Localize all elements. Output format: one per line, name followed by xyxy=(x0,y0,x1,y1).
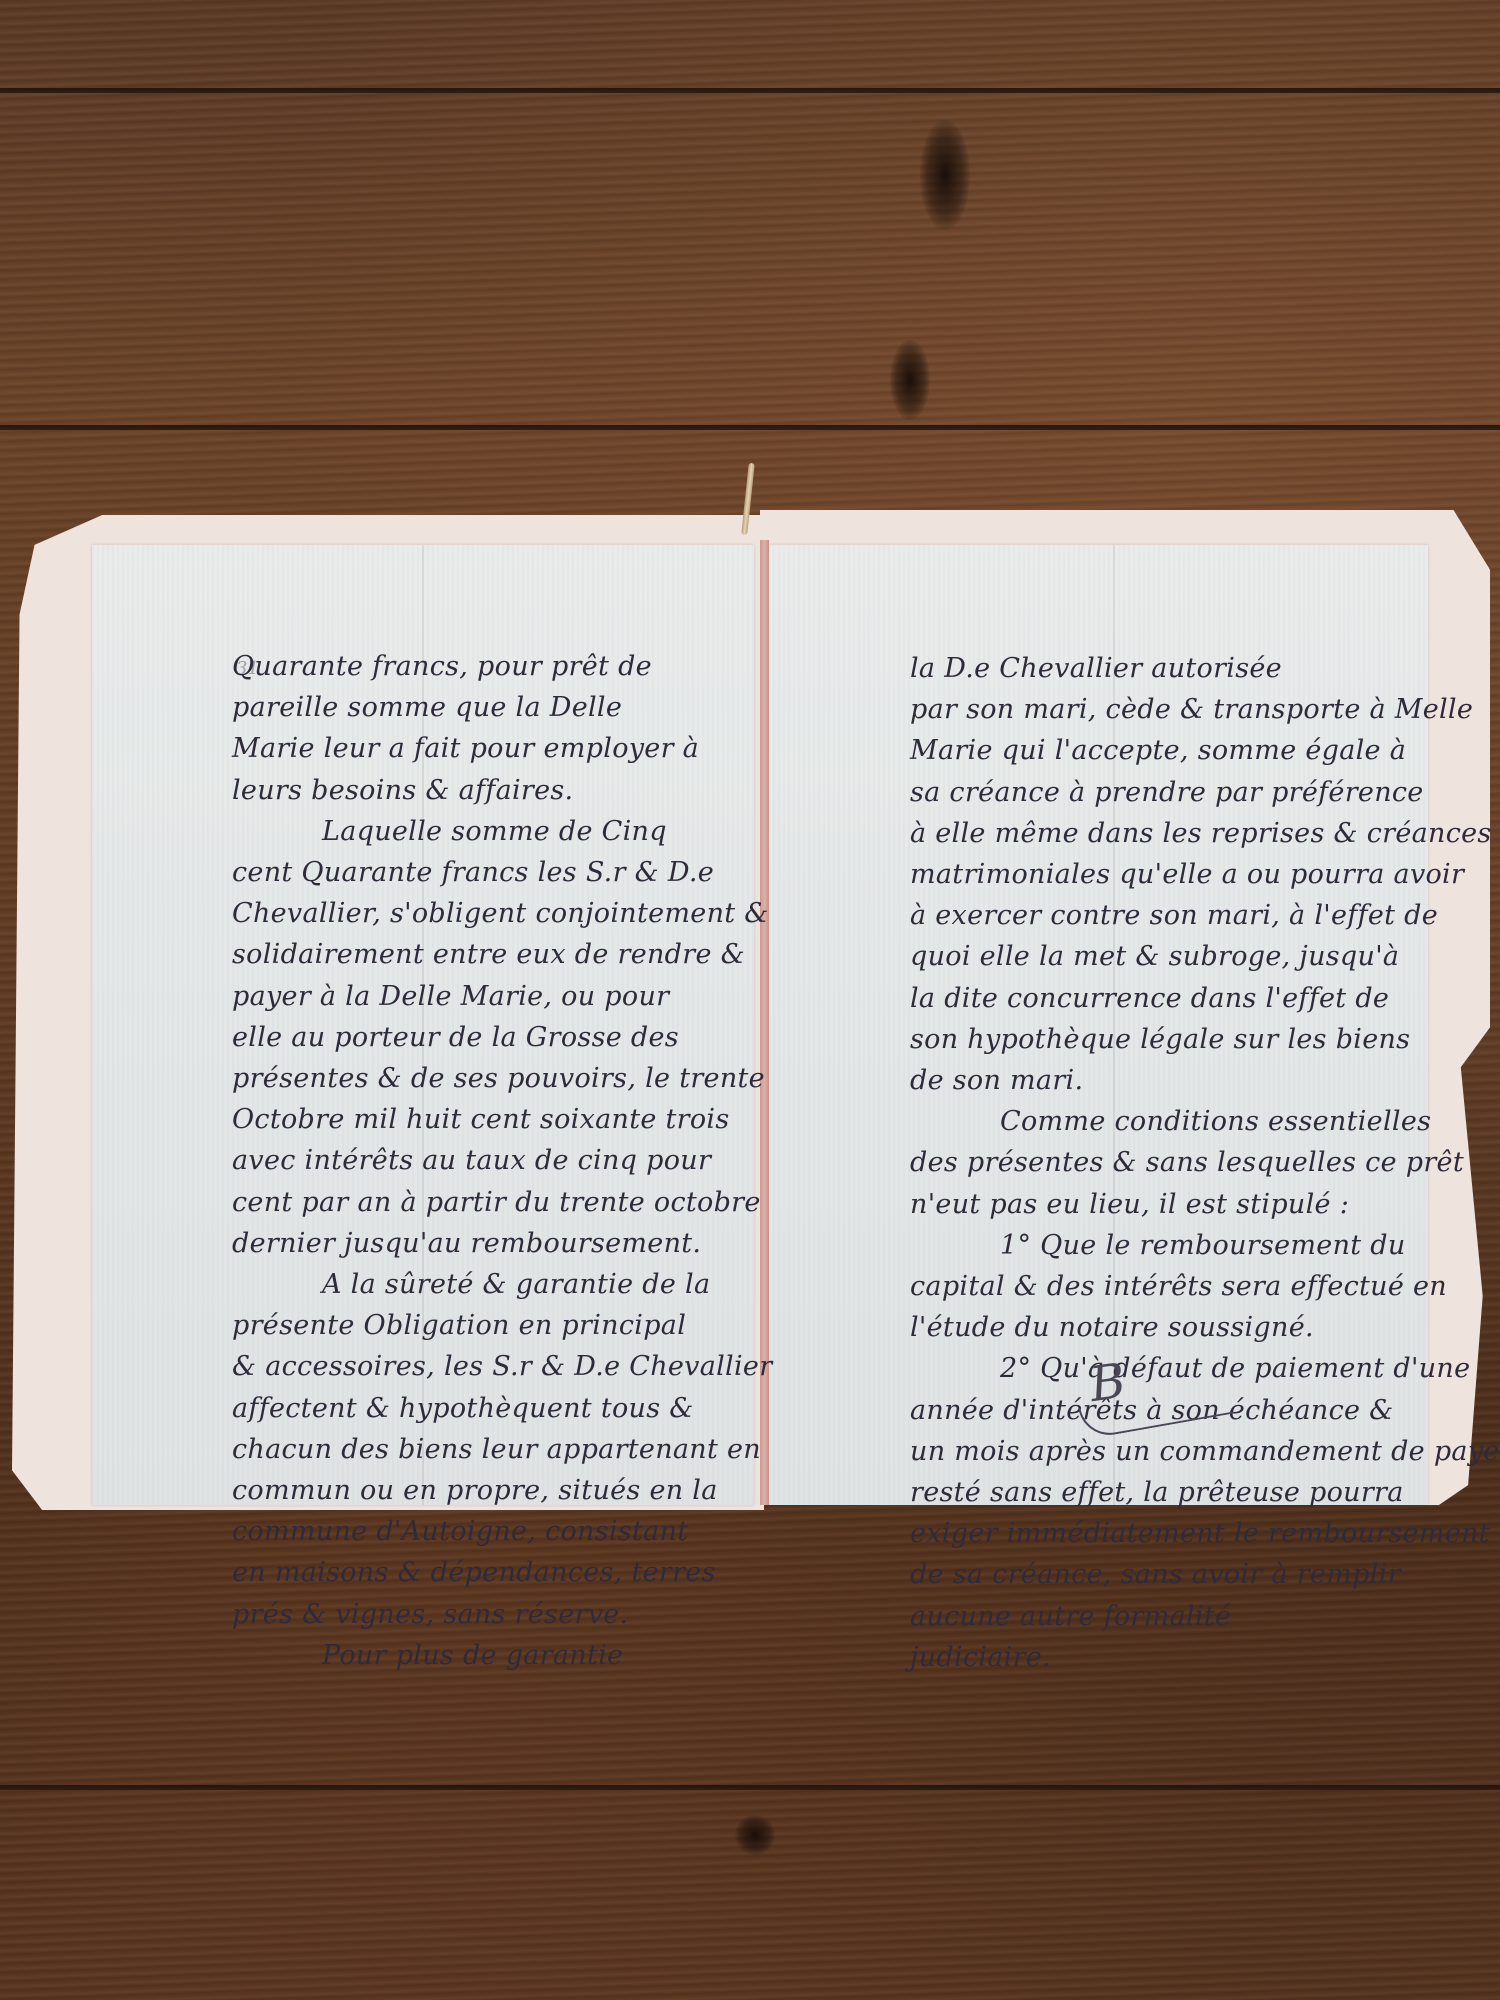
text-line: commun ou en propre, situés en la xyxy=(232,1470,762,1511)
text-line: de sa créance, sans avoir à remplir xyxy=(910,1554,1430,1595)
text-line: Marie leur a fait pour employer à xyxy=(232,728,762,769)
text-line: payer à la Delle Marie, ou pour xyxy=(232,976,762,1017)
text-line: elle au porteur de la Grosse des xyxy=(232,1017,762,1058)
text-line: chacun des biens leur appartenant en xyxy=(232,1429,762,1470)
text-line: à elle même dans les reprises & créances xyxy=(910,813,1430,854)
text-line: des présentes & sans lesquelles ce prêt xyxy=(910,1142,1430,1183)
wood-seam xyxy=(0,425,1500,430)
text-line: capital & des intérêts sera effectué en xyxy=(910,1266,1430,1307)
text-line: aucune autre formalité xyxy=(910,1596,1430,1637)
text-line: exiger immédiatement le remboursement xyxy=(910,1513,1430,1554)
text-line: matrimoniales qu'elle a ou pourra avoir xyxy=(910,854,1430,895)
text-line: Octobre mil huit cent soixante trois xyxy=(232,1099,762,1140)
text-line: Pour plus de garantie xyxy=(232,1635,762,1676)
text-line: un mois après un commandement de payer xyxy=(910,1431,1430,1472)
text-line: 1° Que le remboursement du xyxy=(910,1225,1430,1266)
text-line: affectent & hypothèquent tous & xyxy=(232,1388,762,1429)
wood-seam xyxy=(0,1785,1500,1790)
text-line: Marie qui l'accepte, somme égale à xyxy=(910,730,1430,771)
text-line: judiciaire. xyxy=(910,1637,1430,1678)
text-line: la dite concurrence dans l'effet de xyxy=(910,978,1430,1019)
text-line: resté sans effet, la prêteuse pourra xyxy=(910,1472,1430,1513)
text-line: Comme conditions essentielles xyxy=(910,1101,1430,1142)
text-line: avec intérêts au taux de cinq pour xyxy=(232,1140,762,1181)
text-line: son hypothèque légale sur les biens xyxy=(910,1019,1430,1060)
text-line: pareille somme que la Delle xyxy=(232,687,762,728)
text-line: sa créance à prendre par préférence xyxy=(910,772,1430,813)
wood-seam xyxy=(0,88,1500,93)
text-line: Quarante francs, pour prêt de xyxy=(232,646,762,687)
left-page-text: Quarante francs, pour prêt de pareille s… xyxy=(232,646,762,1676)
text-line: 2° Qu'à défaut de paiement d'une xyxy=(910,1348,1430,1389)
wood-knot xyxy=(890,340,930,420)
text-line: présentes & de ses pouvoirs, le trente xyxy=(232,1058,762,1099)
text-line: cent par an à partir du trente octobre xyxy=(232,1182,762,1223)
text-line: leurs besoins & affaires. xyxy=(232,770,762,811)
text-line: commune d'Autoigne, consistant xyxy=(232,1511,762,1552)
text-line: & accessoires, les S.r & D.e Chevallier xyxy=(232,1346,762,1387)
text-line: quoi elle la met & subroge, jusqu'à xyxy=(910,936,1430,977)
text-line: par son mari, cède & transporte à Melle xyxy=(910,689,1430,730)
text-line: n'eut pas eu lieu, il est stipulé : xyxy=(910,1184,1430,1225)
wood-knot xyxy=(735,1815,775,1855)
text-line: prés & vignes, sans réserve. xyxy=(232,1594,762,1635)
text-line: solidairement entre eux de rendre & xyxy=(232,934,762,975)
wood-knot xyxy=(920,120,970,230)
text-line: de son mari. xyxy=(910,1060,1430,1101)
text-line: l'étude du notaire soussigné. xyxy=(910,1307,1430,1348)
text-line: cent Quarante francs les S.r & D.e xyxy=(232,852,762,893)
text-line: la D.e Chevallier autorisée xyxy=(910,648,1430,689)
text-line: à exercer contre son mari, à l'effet de xyxy=(910,895,1430,936)
text-line: dernier jusqu'au remboursement. xyxy=(232,1223,762,1264)
text-line: Laquelle somme de Cinq xyxy=(232,811,762,852)
text-line: en maisons & dépendances, terres xyxy=(232,1552,762,1593)
right-page-text: la D.e Chevallier autorisée par son mari… xyxy=(910,648,1430,1678)
text-line: présente Obligation en principal xyxy=(232,1305,762,1346)
text-line: A la sûreté & garantie de la xyxy=(232,1264,762,1305)
text-line: Chevallier, s'obligent conjointement & xyxy=(232,893,762,934)
